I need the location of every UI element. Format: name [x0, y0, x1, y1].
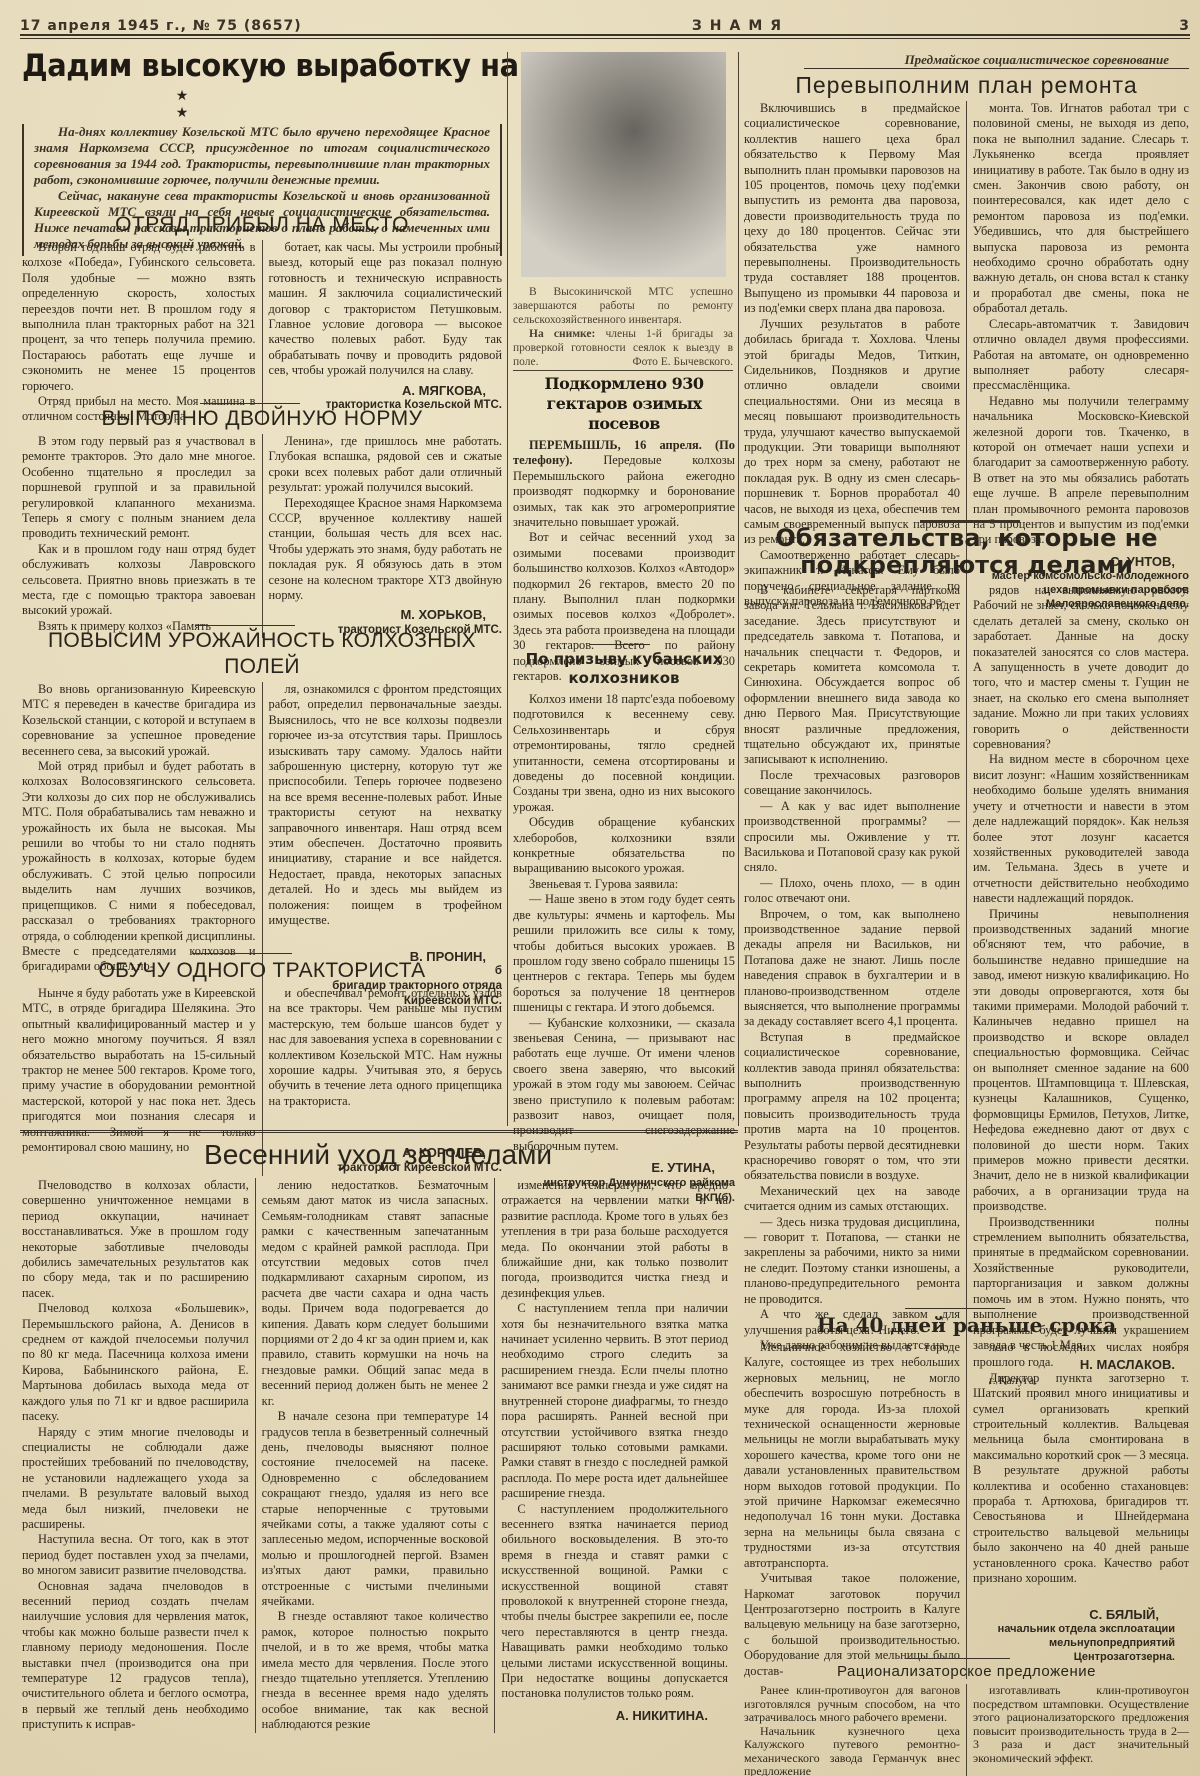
article-title: ВЫПОЛНЮ ДВОЙНУЮ НОРМУ: [22, 406, 502, 432]
author-signature: А. НИКИТИНА.: [501, 1708, 728, 1723]
article-racpredlozhenie: Рационализаторское предложение Ранее кли…: [744, 1662, 1189, 1776]
article-40-dnei: На 40 дней раньше срока Мельничное хозяй…: [744, 1312, 1189, 1679]
paragraph: Переходящее Красное знамя Наркомзема ССС…: [269, 496, 503, 604]
paragraph: С наступлением тепла при наличии хотя бы…: [501, 1301, 728, 1501]
paragraph: рядов на выполняемую работу. Рабочий не …: [973, 583, 1189, 752]
article-urozhainost: ПОВЫСИМ УРОЖАЙНОСТЬ КОЛХОЗНЫХ ПОЛЕЙ Во в…: [22, 628, 502, 1009]
paragraph: В начале сезона при температуре 14 граду…: [262, 1409, 489, 1609]
section-rule: [905, 1308, 1005, 1309]
paragraph: Механический цех на заводе считается одн…: [744, 1184, 960, 1215]
paragraph: В кабинете секретаря парткома завода им.…: [744, 583, 960, 768]
paragraph: Второй год наш отряд будет работать в ко…: [22, 240, 256, 394]
paragraph: Начальник кузнечного цеха Калужского пут…: [744, 1725, 960, 1776]
paragraph: Мельничное хозяйство в городе Калуге, со…: [744, 1340, 960, 1571]
paragraph: — А как у вас идет выполнение производст…: [744, 799, 960, 876]
paragraph: Лучших результатов в работе добилась бри…: [744, 317, 960, 548]
paragraph: Обсудив обращение кубанских хлеборобов, …: [513, 815, 735, 877]
article-title: Обязательства, которые не подкрепляются …: [744, 525, 1189, 579]
article-title: Рационализаторское предложение: [744, 1662, 1189, 1682]
paragraph: Как и в прошлом году наш отряд будет обс…: [22, 542, 256, 619]
paragraph: В этом году первый раз я участвовал в ре…: [22, 434, 256, 542]
paragraph: Вступая в предмайское социалистическое с…: [744, 1030, 960, 1184]
article-otryad: ОТРЯД ПРИБЫЛ НА МЕСТО Второй год наш отр…: [22, 212, 502, 425]
paragraph: Включившись в предмайское социалистическ…: [744, 101, 960, 317]
article-title: На 40 дней раньше срока: [744, 1312, 1189, 1338]
article-kuban: По призыву кубанских колхозников Колхоз …: [513, 650, 735, 1206]
paragraph: После трехчасовых разговоров совещание з…: [744, 768, 960, 799]
paragraph: — Здесь низка трудовая дисциплина, — гов…: [744, 1215, 960, 1307]
page-number: 3: [1179, 18, 1190, 34]
paragraph: Пчеловод колхоза «Большевик», Перемышльс…: [22, 1301, 249, 1424]
paragraph: изменения температуры, что вредно отража…: [501, 1178, 728, 1301]
article-pchely: Весенний уход за пчелами Пчеловодство в …: [22, 1136, 734, 1733]
article-title: Перевыполним план ремонта: [744, 69, 1189, 101]
paragraph: ботает, как часы. Мы устроили пробный вы…: [269, 240, 503, 379]
feature-lead-p1: На-днях коллективу Козельской МТС было в…: [34, 124, 490, 188]
star-ornament: ★ ★: [22, 88, 502, 122]
paragraph: и обеспечивал ремонт отдельных узлов на …: [269, 986, 503, 1109]
section-rule: [195, 625, 295, 626]
section-rule: [513, 370, 733, 371]
section-rule: [920, 520, 1020, 523]
article-obyazatelstva: Обязательства, которые не подкрепляются …: [744, 525, 1189, 1388]
paragraph: изготавливать клин-противоугон посредств…: [973, 1684, 1189, 1765]
paragraph: Наступила весна. От того, как в этот пер…: [22, 1532, 249, 1578]
photo-tractor-brigade: [521, 52, 726, 277]
photo-block: В Высокиничской МТС успешно завершаются …: [513, 52, 733, 369]
column-divider: [738, 52, 739, 1126]
paragraph: Основная задача пчеловодов в весенний пе…: [22, 1579, 249, 1733]
newspaper-name: ЗНАМЯ: [692, 18, 789, 34]
masthead: 17 апреля 1945 г., № 75 (8657) ЗНАМЯ 3: [20, 8, 1190, 34]
section-rule: [192, 953, 292, 954]
paragraph: лению недостатков. Безматочным семьям да…: [262, 1178, 489, 1409]
paragraph: монта. Тов. Игнатов работал три с полови…: [973, 101, 1189, 317]
article-title: Подкормлено 930 гектаров озимых посевов: [513, 374, 735, 434]
paragraph: Пчеловодство в колхозах области, соверше…: [22, 1178, 249, 1301]
paragraph: Ленина», где пришлось мне работать. Глуб…: [269, 434, 503, 496]
article-title: ОБУЧУ ОДНОГО ТРАКТОРИСТА: [22, 958, 502, 984]
paragraph: — Кубанские колхозники, — сказала звенье…: [513, 1016, 735, 1155]
paragraph: Слесарь-автоматчик т. Завидович отлично …: [973, 317, 1189, 394]
paragraph: На видном месте в сборочном цехе висит л…: [973, 752, 1189, 906]
article-title: ОТРЯД ПРИБЫЛ НА МЕСТО: [22, 212, 502, 238]
paragraph: Причины невыполнения производственных за…: [973, 907, 1189, 1215]
author-signature: М. ХОРЬКОВ,: [269, 607, 503, 622]
article-podkormleno: Подкормлено 930 гектаров озимых посевов …: [513, 374, 735, 685]
masthead-rule: [20, 34, 1190, 39]
main-feature-title: Дадим высокую выработку на трактор: [22, 46, 468, 86]
author-signature: А. МЯГКОВА,: [269, 383, 503, 398]
section-rule: [200, 403, 300, 404]
paragraph: Директор пункта заготзерно т. Шатский пр…: [973, 1371, 1189, 1587]
paragraph: — Наше звено в этом году будет сеять две…: [513, 892, 735, 1015]
paragraph: лено в последних числах ноября прошлого …: [973, 1340, 1189, 1371]
article-title: Весенний уход за пчелами: [22, 1136, 734, 1174]
paragraph: Ранее клин-противоугон для вагонов изгот…: [744, 1684, 960, 1725]
paragraph: Наряду с этим многие пчеловоды и специал…: [22, 1425, 249, 1533]
issue-date: 17 апреля 1945 г., № 75 (8657): [20, 18, 302, 34]
paragraph: Во вновь организованную Киреевскую МТС я…: [22, 682, 256, 759]
photo-caption: В Высокиничской МТС успешно завершаются …: [513, 285, 733, 327]
paragraph: ля, ознакомился с фронтом предстоящих ра…: [269, 682, 503, 929]
paragraph: — Плохо, очень плохо, — в один голос отв…: [744, 876, 960, 907]
paragraph: С наступлением продолжительного весеннег…: [501, 1502, 728, 1702]
paragraph: Колхоз имени 18 партс'езда побоевому под…: [513, 692, 735, 815]
author-signature: С. БЯЛЫЙ,: [973, 1607, 1189, 1622]
section-rule: [590, 644, 650, 645]
rubric-heading: Предмайское социалистическое соревновани…: [804, 52, 1189, 69]
photo-caption-label: На снимке:: [529, 328, 595, 340]
paragraph: Мой отряд прибыл и будет работать в колх…: [22, 759, 256, 975]
section-rule: [906, 1658, 1010, 1659]
photo-credit: Фото Е. Бычевского.: [617, 355, 733, 369]
paragraph: В гнезде оставляют такое количество рамо…: [262, 1609, 489, 1732]
paragraph: Звеньевая т. Гурова заявила:: [513, 877, 735, 892]
section-double-rule: [20, 1130, 738, 1133]
article-title: По призыву кубанских колхозников: [513, 650, 735, 688]
article-title: ПОВЫСИМ УРОЖАЙНОСТЬ КОЛХОЗНЫХ ПОЛЕЙ: [22, 628, 502, 680]
column-divider: [507, 52, 508, 1126]
article-dvoinaya-norma: ВЫПОЛНЮ ДВОЙНУЮ НОРМУ В этом году первый…: [22, 406, 502, 638]
paragraph: Впрочем, о том, как выполнено производст…: [744, 907, 960, 1030]
